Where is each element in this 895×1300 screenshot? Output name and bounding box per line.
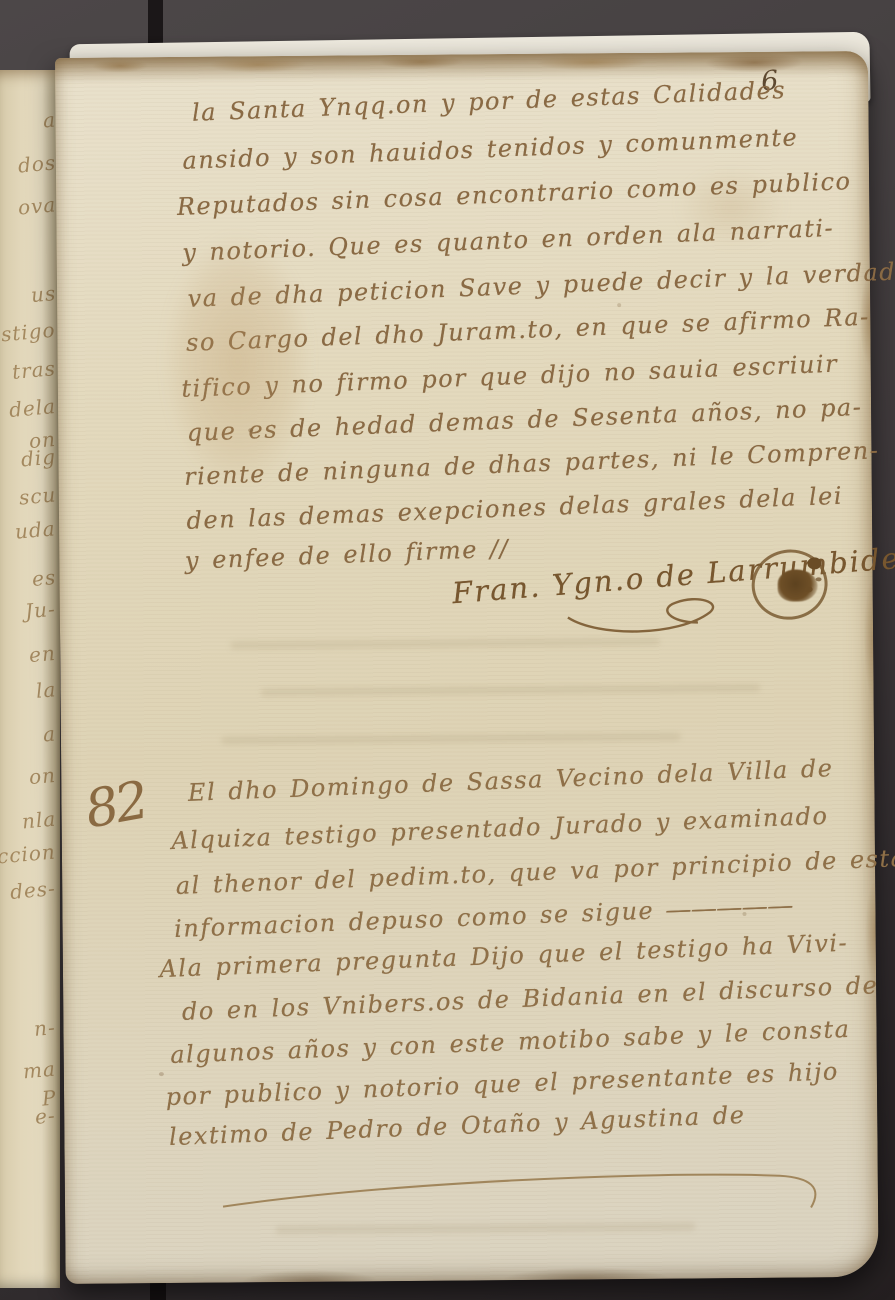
gutter-text-fragment: tras: [11, 356, 57, 384]
gutter-text-fragment: ccion: [0, 839, 57, 868]
show-through-line: [261, 684, 761, 696]
handwritten-line: El dho Domingo de Sassa Vecino dela Vill…: [187, 754, 833, 807]
signature-rubric-flourish: [558, 592, 758, 640]
handwritten-line: Reputados sin cosa encontrario como es p…: [176, 167, 852, 221]
manuscript-photo: a dos ova us stigo tras dela on dig scu …: [0, 0, 895, 1300]
gutter-text-fragment: en: [28, 641, 57, 667]
gutter-text-fragment: stigo: [1, 318, 57, 347]
handwritten-line: tifico y no firmo por que dijo no sauia …: [181, 350, 839, 403]
gutter-text-fragment: a: [42, 721, 57, 746]
gutter-text-fragment: nla: [21, 807, 57, 834]
handwritten-line: y enfee de ello firme //: [184, 534, 509, 574]
foxing-spot: [159, 1072, 164, 1076]
handwritten-line: riente de ninguna de dhas partes, ni le …: [184, 436, 880, 491]
gutter-text-fragment: Ju-: [24, 597, 57, 624]
handwritten-line: la Santa Ynqq.on y por de estas Calidade…: [192, 76, 787, 127]
gutter-text-fragment: scu: [18, 482, 57, 509]
gutter-text-fragment: ova: [17, 192, 57, 219]
handwritten-line: ansido y son hauidos tenidos y comunment…: [182, 123, 799, 175]
handwritten-line: que es de hedad demas de Sesenta años, n…: [186, 393, 862, 447]
show-through-line: [221, 733, 681, 745]
gutter-text-fragment: on: [28, 763, 57, 789]
handwritten-line: so Cargo del dho Juram.to, en que se afi…: [186, 303, 871, 357]
gutter-text-fragment: la: [35, 677, 57, 703]
gutter-text-fragment: uda: [14, 516, 57, 543]
gutter-text-fragment: dig: [20, 445, 57, 472]
gutter-text-fragment: dela: [8, 394, 57, 422]
show-through-line: [275, 1222, 695, 1234]
handwritten-line: Alquiza testigo presentado Jurado y exam…: [171, 802, 829, 855]
gutter-text-fragment: ma: [22, 1057, 57, 1084]
ink-smudge: [777, 569, 817, 601]
ink-blot-rubric: [751, 549, 828, 620]
manuscript-page: 6 la Santa Ynqq.on y por de estas Calida…: [55, 51, 879, 1284]
margin-witness-mark: 82: [81, 771, 151, 841]
show-through-line: [230, 638, 660, 650]
foxing-spot: [617, 303, 621, 307]
gutter-text-fragment: e-: [34, 1103, 57, 1129]
gutter-text-fragment: des-: [9, 876, 57, 904]
gutter-text-fragment: es: [31, 565, 57, 591]
handwritten-line: lextimo de Pedro de Otaño y Agustina de: [168, 1101, 745, 1151]
closing-rule-flourish: [215, 1149, 846, 1224]
gutter-text-fragment: us: [30, 281, 57, 307]
handwritten-line: va de dha peticion Save y puede decir y …: [187, 258, 895, 313]
handwritten-line: y notorio. Que es quanto en orden ala na…: [182, 214, 835, 267]
handwritten-line: den las demas exepciones delas grales de…: [186, 482, 843, 535]
gutter-text-fragment: n-: [33, 1015, 57, 1041]
gutter-text-fragment: dos: [17, 150, 57, 177]
previous-page-gutter: a dos ova us stigo tras dela on dig scu …: [0, 70, 60, 1288]
ink-spatter: [807, 557, 821, 569]
